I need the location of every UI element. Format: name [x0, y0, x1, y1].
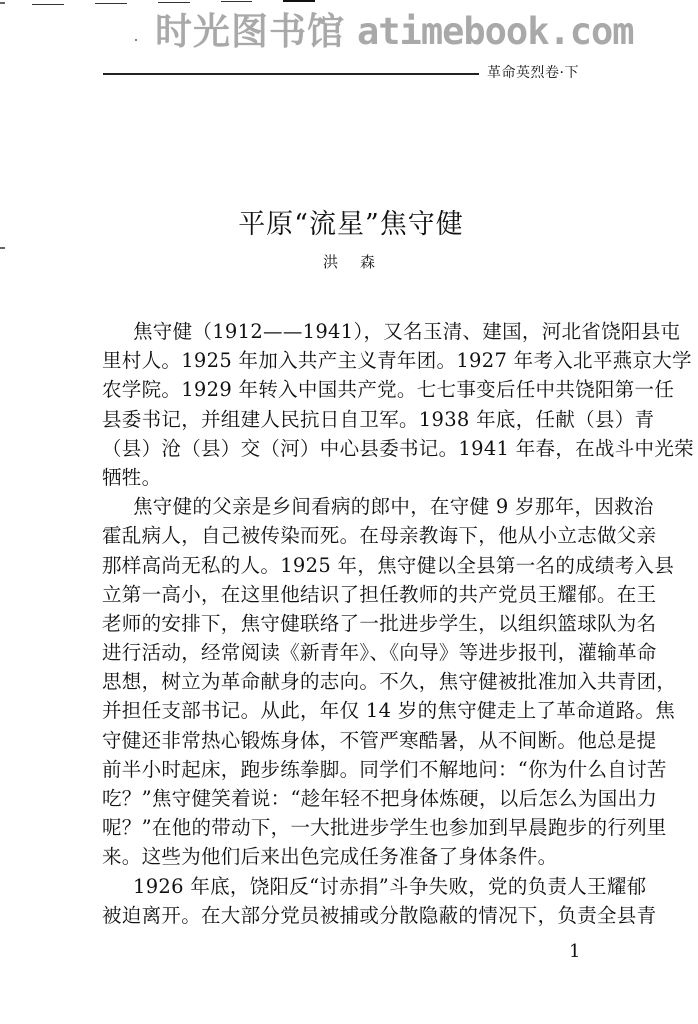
- author-char: 森: [360, 250, 375, 274]
- text-line: 守健还非常热心锻炼身体，不管严寒酷暑，从不间断。他总是提: [102, 726, 608, 755]
- text-line: 来。这些为他们后来出色完成任务准备了身体条件。: [102, 842, 608, 871]
- text-line: 焦守健（1912——1941），又名玉清、建国，河北省饶阳县屯: [102, 317, 608, 346]
- scan-artifact-dot: [135, 39, 137, 41]
- text-line: 1926 年底，饶阳反“讨赤捐”斗争失败，党的负责人王耀郁: [102, 872, 608, 901]
- text-line: 牺牲。: [102, 463, 608, 492]
- watermark: 时光图书馆atimebook.com: [155, 10, 698, 54]
- text-line: 农学院。1929 年转入中国共产党。七七事变后任中共饶阳第一任: [102, 375, 608, 404]
- article-title: 平原“流星”焦守健: [0, 205, 698, 245]
- author-char: 洪: [323, 250, 338, 274]
- text-line: 被迫离开。在大部分党员被捕或分散隐蔽的情况下，负责全县青: [102, 901, 608, 930]
- article-body: 焦守健（1912——1941），又名玉清、建国，河北省饶阳县屯里村人。1925 …: [102, 317, 608, 930]
- text-line: 呢？”在他的带动下，一大批进步学生也参加到早晨跑步的行列里: [102, 813, 608, 842]
- scan-artifact-dash: [32, 4, 64, 5]
- text-line: 并担任支部书记。从此，年仅 14 岁的焦守健走上了革命道路。焦: [102, 696, 608, 725]
- watermark-chinese: 时光图书馆: [155, 10, 345, 53]
- running-head: 革命英烈卷·下: [487, 62, 579, 84]
- scan-artifact-edge-mark: [0, 2, 5, 4]
- watermark-domain: atimebook.com: [357, 10, 634, 53]
- text-line: （县）沧（县）交（河）中心县委书记。1941 年春，在战斗中光荣: [102, 434, 608, 463]
- text-line: 县委书记，并组建人民抗日自卫军。1938 年底，任献（县）青: [102, 405, 608, 434]
- text-line: 进行活动，经常阅读《新青年》、《向导》等进步报刊，灌输革命: [102, 638, 608, 667]
- scan-artifact-dash: [95, 3, 127, 4]
- text-line: 立第一高小，在这里他结识了担任教师的共产党员王耀郁。在王: [102, 580, 608, 609]
- text-line: 那样高尚无私的人。1925 年，焦守健以全县第一名的成绩考入县: [102, 551, 608, 580]
- page-number: 1: [569, 940, 580, 964]
- scan-artifact-edge-mark: [0, 247, 5, 249]
- text-line: 老师的安排下，焦守健联络了一批进步学生，以组织篮球队为名: [102, 609, 608, 638]
- scan-artifact-dash: [158, 2, 190, 3]
- text-line: 里村人。1925 年加入共产主义青年团。1927 年考入北平燕京大学: [102, 346, 608, 375]
- text-line: 前半小时起床，跑步练拳脚。同学们不解地问：“你为什么自讨苦: [102, 755, 608, 784]
- article-author: 洪森: [0, 250, 698, 274]
- text-line: 吃？”焦守健笑着说：“趁年轻不把身体炼硬，以后怎么为国出力: [102, 784, 608, 813]
- text-line: 思想，树立为革命献身的志向。不久，焦守健被批准加入共青团，: [102, 667, 608, 696]
- text-line: 霍乱病人，自己被传染而死。在母亲教诲下，他从小立志做父亲: [102, 521, 608, 550]
- scan-artifact-dash: [221, 1, 252, 2]
- text-line: 焦守健的父亲是乡间看病的郎中，在守健 9 岁那年，因救治: [102, 492, 608, 521]
- scan-artifact-dash: [283, 0, 315, 2]
- header-rule: [103, 73, 479, 75]
